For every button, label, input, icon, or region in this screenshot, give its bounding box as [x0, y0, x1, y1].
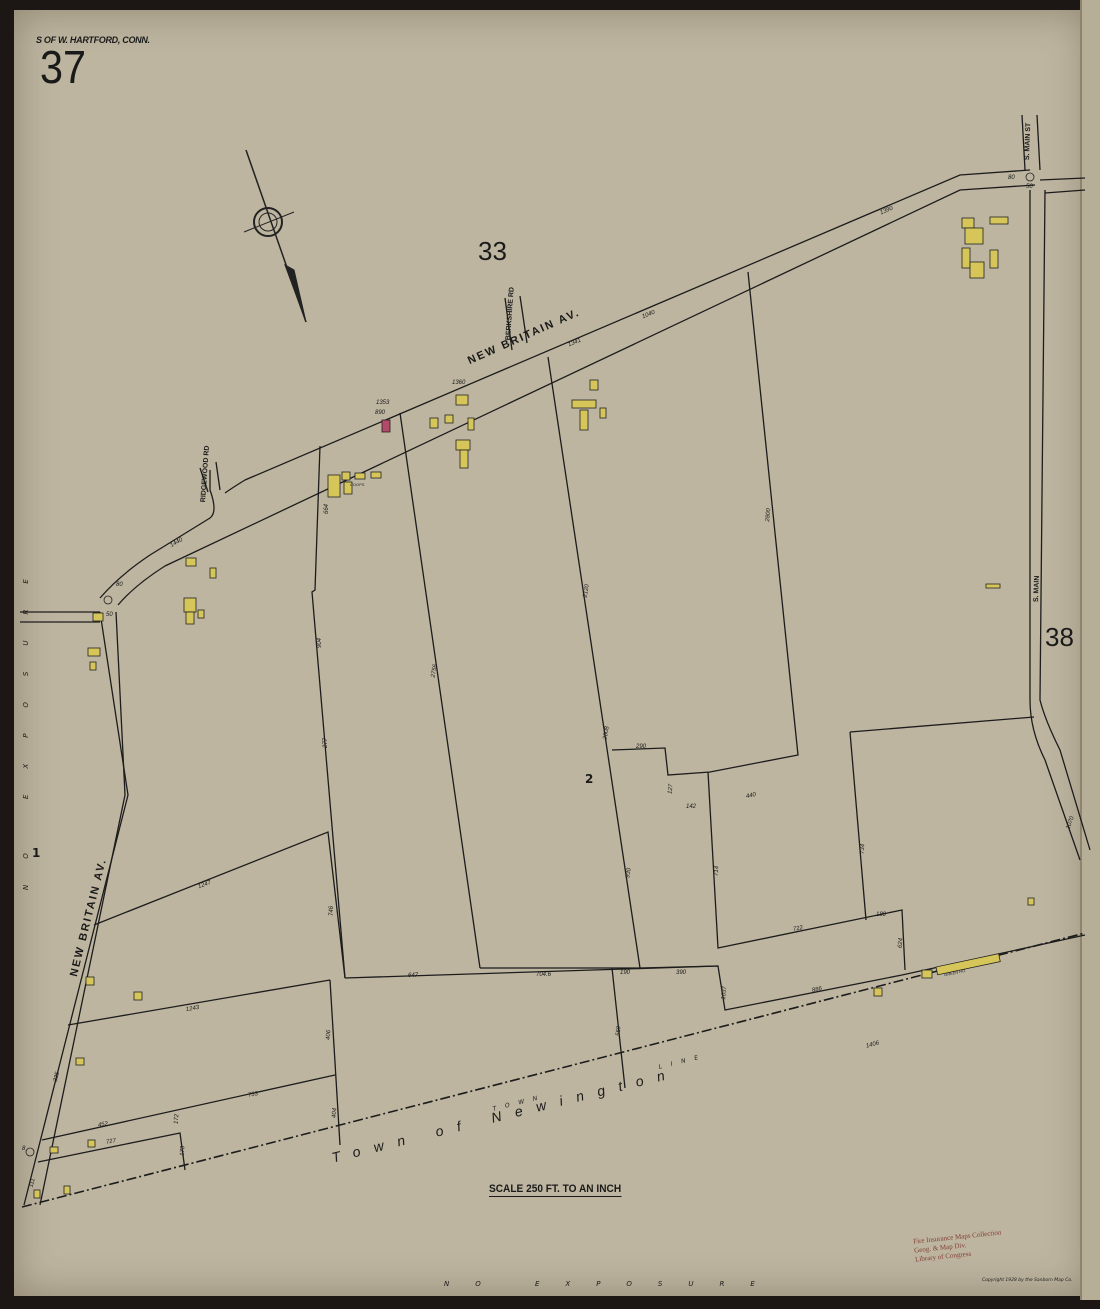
s-main-st-west-edge	[1022, 115, 1080, 860]
dimension-label: 172	[174, 1114, 181, 1124]
dimension-label: 290	[636, 744, 646, 750]
hydrant-icons	[26, 173, 1034, 1156]
dimension-label: 277	[323, 738, 329, 748]
brick-building	[382, 420, 390, 432]
compass-rose-icon	[244, 150, 306, 322]
dimension-label: 704.6	[536, 972, 551, 978]
block-number-2: 2	[585, 772, 593, 786]
map-linework	[0, 0, 1100, 1309]
sheet-number: 37	[40, 40, 86, 94]
house-number: 80	[1008, 175, 1015, 181]
house-number: 80	[116, 582, 123, 588]
street-s-main-st: S. MAIN ST	[1024, 123, 1032, 161]
dimension-label: 404	[332, 1108, 339, 1118]
dimension-label: 559	[616, 1026, 623, 1037]
coops-label: COOPS	[350, 482, 364, 487]
dimension-label: 664	[324, 504, 330, 514]
dimension-label: 390	[676, 970, 686, 976]
house-number: 1360	[452, 380, 465, 386]
dimension-label: 647	[408, 973, 418, 979]
s-main-st-east-edge	[1037, 115, 1090, 850]
dimension-label: 714	[714, 866, 721, 876]
adjacent-sheet-33[interactable]: 33	[478, 236, 507, 267]
block-number-1: 1	[32, 846, 40, 860]
dimension-label: 142	[686, 804, 696, 810]
house-number: 1353	[376, 400, 389, 406]
dimension-label: 904	[317, 638, 323, 648]
scale-label: SCALE 250 FT. TO AN INCH	[489, 1183, 621, 1197]
buildings	[34, 217, 1034, 1198]
dimension-label: 180	[876, 912, 886, 918]
dimension-label: 624	[898, 938, 905, 948]
house-number: 8	[22, 1146, 25, 1152]
copyright-notice: Copyright 1928 by the Sanborn Map Co.	[982, 1278, 1073, 1283]
house-number: 50	[1026, 184, 1033, 190]
adjacent-sheet-38[interactable]: 38	[1045, 622, 1074, 653]
dimension-label: 190	[620, 970, 630, 976]
no-exposure-bottom: NO EXPOSURE	[444, 1280, 781, 1288]
house-number: 50	[106, 612, 113, 618]
street-s-main: S. MAIN	[1033, 576, 1041, 603]
no-exposure-left: NO EXPOSURE	[22, 553, 30, 890]
new-britain-av-north-edge	[100, 470, 214, 598]
house-number: 890	[375, 410, 385, 416]
dimension-label: 746	[329, 906, 335, 916]
dimension-label: 173	[180, 1146, 187, 1156]
dimension-label: 127	[668, 784, 675, 795]
dimension-label: 406	[326, 1030, 333, 1040]
dimension-label: 734	[860, 844, 867, 854]
